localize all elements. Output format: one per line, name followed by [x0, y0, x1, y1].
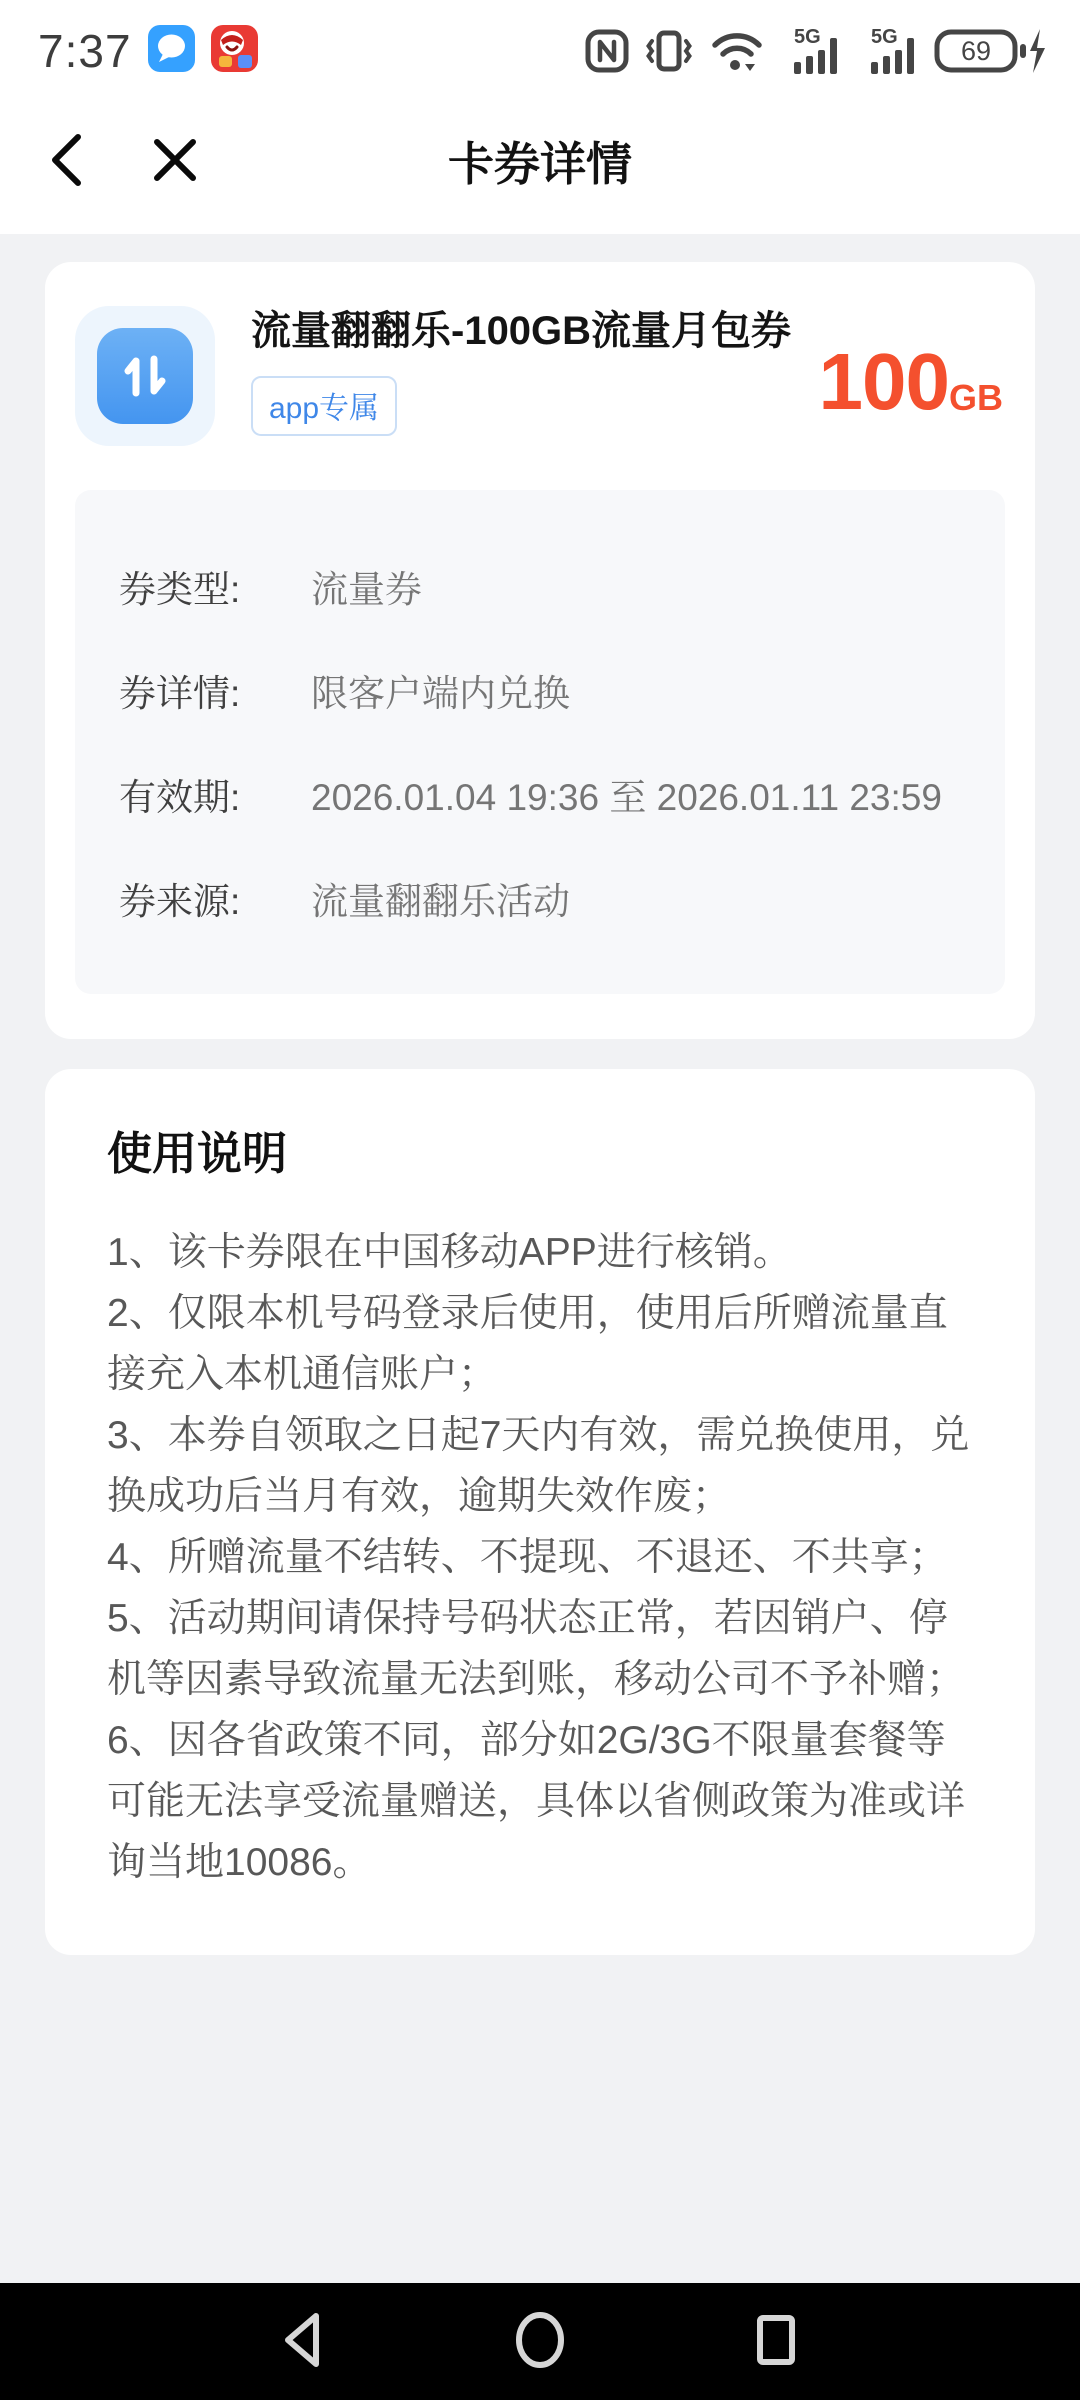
- svg-text:5G: 5G: [871, 26, 898, 48]
- circle-home-icon: [507, 2307, 573, 2376]
- battery-level-text: 69: [961, 36, 991, 66]
- app-exclusive-badge: app专属: [251, 376, 397, 436]
- content-area: 流量翻翻乐-100GB流量月包券 app专属 100GB 券类型: 流量券 券详…: [0, 234, 1080, 1955]
- detail-row-validity: 有效期: 2026.01.04 19:36 至 2026.01.11 23:59: [119, 742, 961, 846]
- data-traffic-icon: [75, 306, 215, 446]
- clock: 7:37: [38, 24, 132, 78]
- detail-value: 流量翻翻乐活动: [311, 871, 570, 925]
- detail-value: 流量券: [311, 559, 422, 613]
- amount-value: 100: [819, 344, 949, 420]
- coupon-title: 流量翻翻乐-100GB流量月包券: [251, 302, 811, 360]
- detail-label: 券详情:: [119, 663, 311, 717]
- usage-item-2: 2、仅限本机号码登录后使用，使用后所赠流量直接充入本机通信账户；: [107, 1283, 973, 1405]
- usage-item-6: 6、因各省政策不同，部分如2G/3G不限量套餐等可能无法享受流量赠送，具体以省侧…: [107, 1710, 973, 1893]
- page-title: 卡券详情: [0, 128, 1080, 194]
- nav-recents-button[interactable]: [743, 2307, 809, 2376]
- amount-unit: GB: [949, 380, 1003, 420]
- detail-label: 券类型:: [119, 559, 311, 613]
- svg-text:5G: 5G: [794, 26, 821, 48]
- signal-5g-sim2-icon: 5G: [857, 26, 919, 76]
- square-recents-icon: [743, 2307, 809, 2376]
- nfc-icon: [585, 29, 629, 73]
- battery-icon: 69: [934, 27, 1046, 75]
- detail-row-source: 券来源: 流量翻翻乐活动: [119, 846, 961, 950]
- detail-value: 2026.01.04 19:36 至 2026.01.11 23:59: [311, 767, 942, 821]
- wifi-icon: [709, 28, 765, 74]
- usage-item-4: 4、所赠流量不结转、不提现、不退还、不共享；: [107, 1527, 973, 1588]
- detail-label: 有效期:: [119, 767, 311, 821]
- android-navigation-bar: [0, 2283, 1080, 2400]
- detail-row-info: 券详情: 限客户端内兑换: [119, 638, 961, 742]
- usage-list: 1、该卡券限在中国移动APP进行核销。 2、仅限本机号码登录后使用，使用后所赠流…: [85, 1222, 995, 1893]
- coupon-card: 流量翻翻乐-100GB流量月包券 app专属 100GB 券类型: 流量券 券详…: [45, 262, 1035, 1039]
- nav-home-button[interactable]: [507, 2307, 573, 2376]
- usage-instructions-card: 使用说明 1、该卡券限在中国移动APP进行核销。 2、仅限本机号码登录后使用，使…: [45, 1069, 1035, 1955]
- coupon-detail-panel: 券类型: 流量券 券详情: 限客户端内兑换 有效期: 2026.01.04 19…: [75, 490, 1005, 994]
- signal-5g-sim1-icon: 5G: [780, 26, 842, 76]
- status-bar: 7:37: [0, 0, 1080, 88]
- message-notification-icon: [148, 25, 195, 77]
- nav-back-button[interactable]: [271, 2307, 337, 2376]
- vibrate-icon: [644, 28, 694, 74]
- detail-label: 券来源:: [119, 871, 311, 925]
- detail-value: 限客户端内兑换: [311, 663, 570, 717]
- usage-heading: 使用说明: [85, 1117, 995, 1182]
- usage-item-1: 1、该卡券限在中国移动APP进行核销。: [107, 1222, 973, 1283]
- app-notification-icon: [211, 25, 258, 77]
- usage-item-3: 3、本券自领取之日起7天内有效，需兑换使用，兑换成功后当月有效，逾期失效作废；: [107, 1405, 973, 1527]
- usage-item-5: 5、活动期间请保持号码状态正常，若因销户、停机等因素导致流量无法到账，移动公司不…: [107, 1588, 973, 1710]
- coupon-amount: 100GB: [819, 344, 1003, 420]
- triangle-back-icon: [271, 2307, 337, 2376]
- detail-row-type: 券类型: 流量券: [119, 534, 961, 638]
- page-header: 卡券详情: [0, 88, 1080, 234]
